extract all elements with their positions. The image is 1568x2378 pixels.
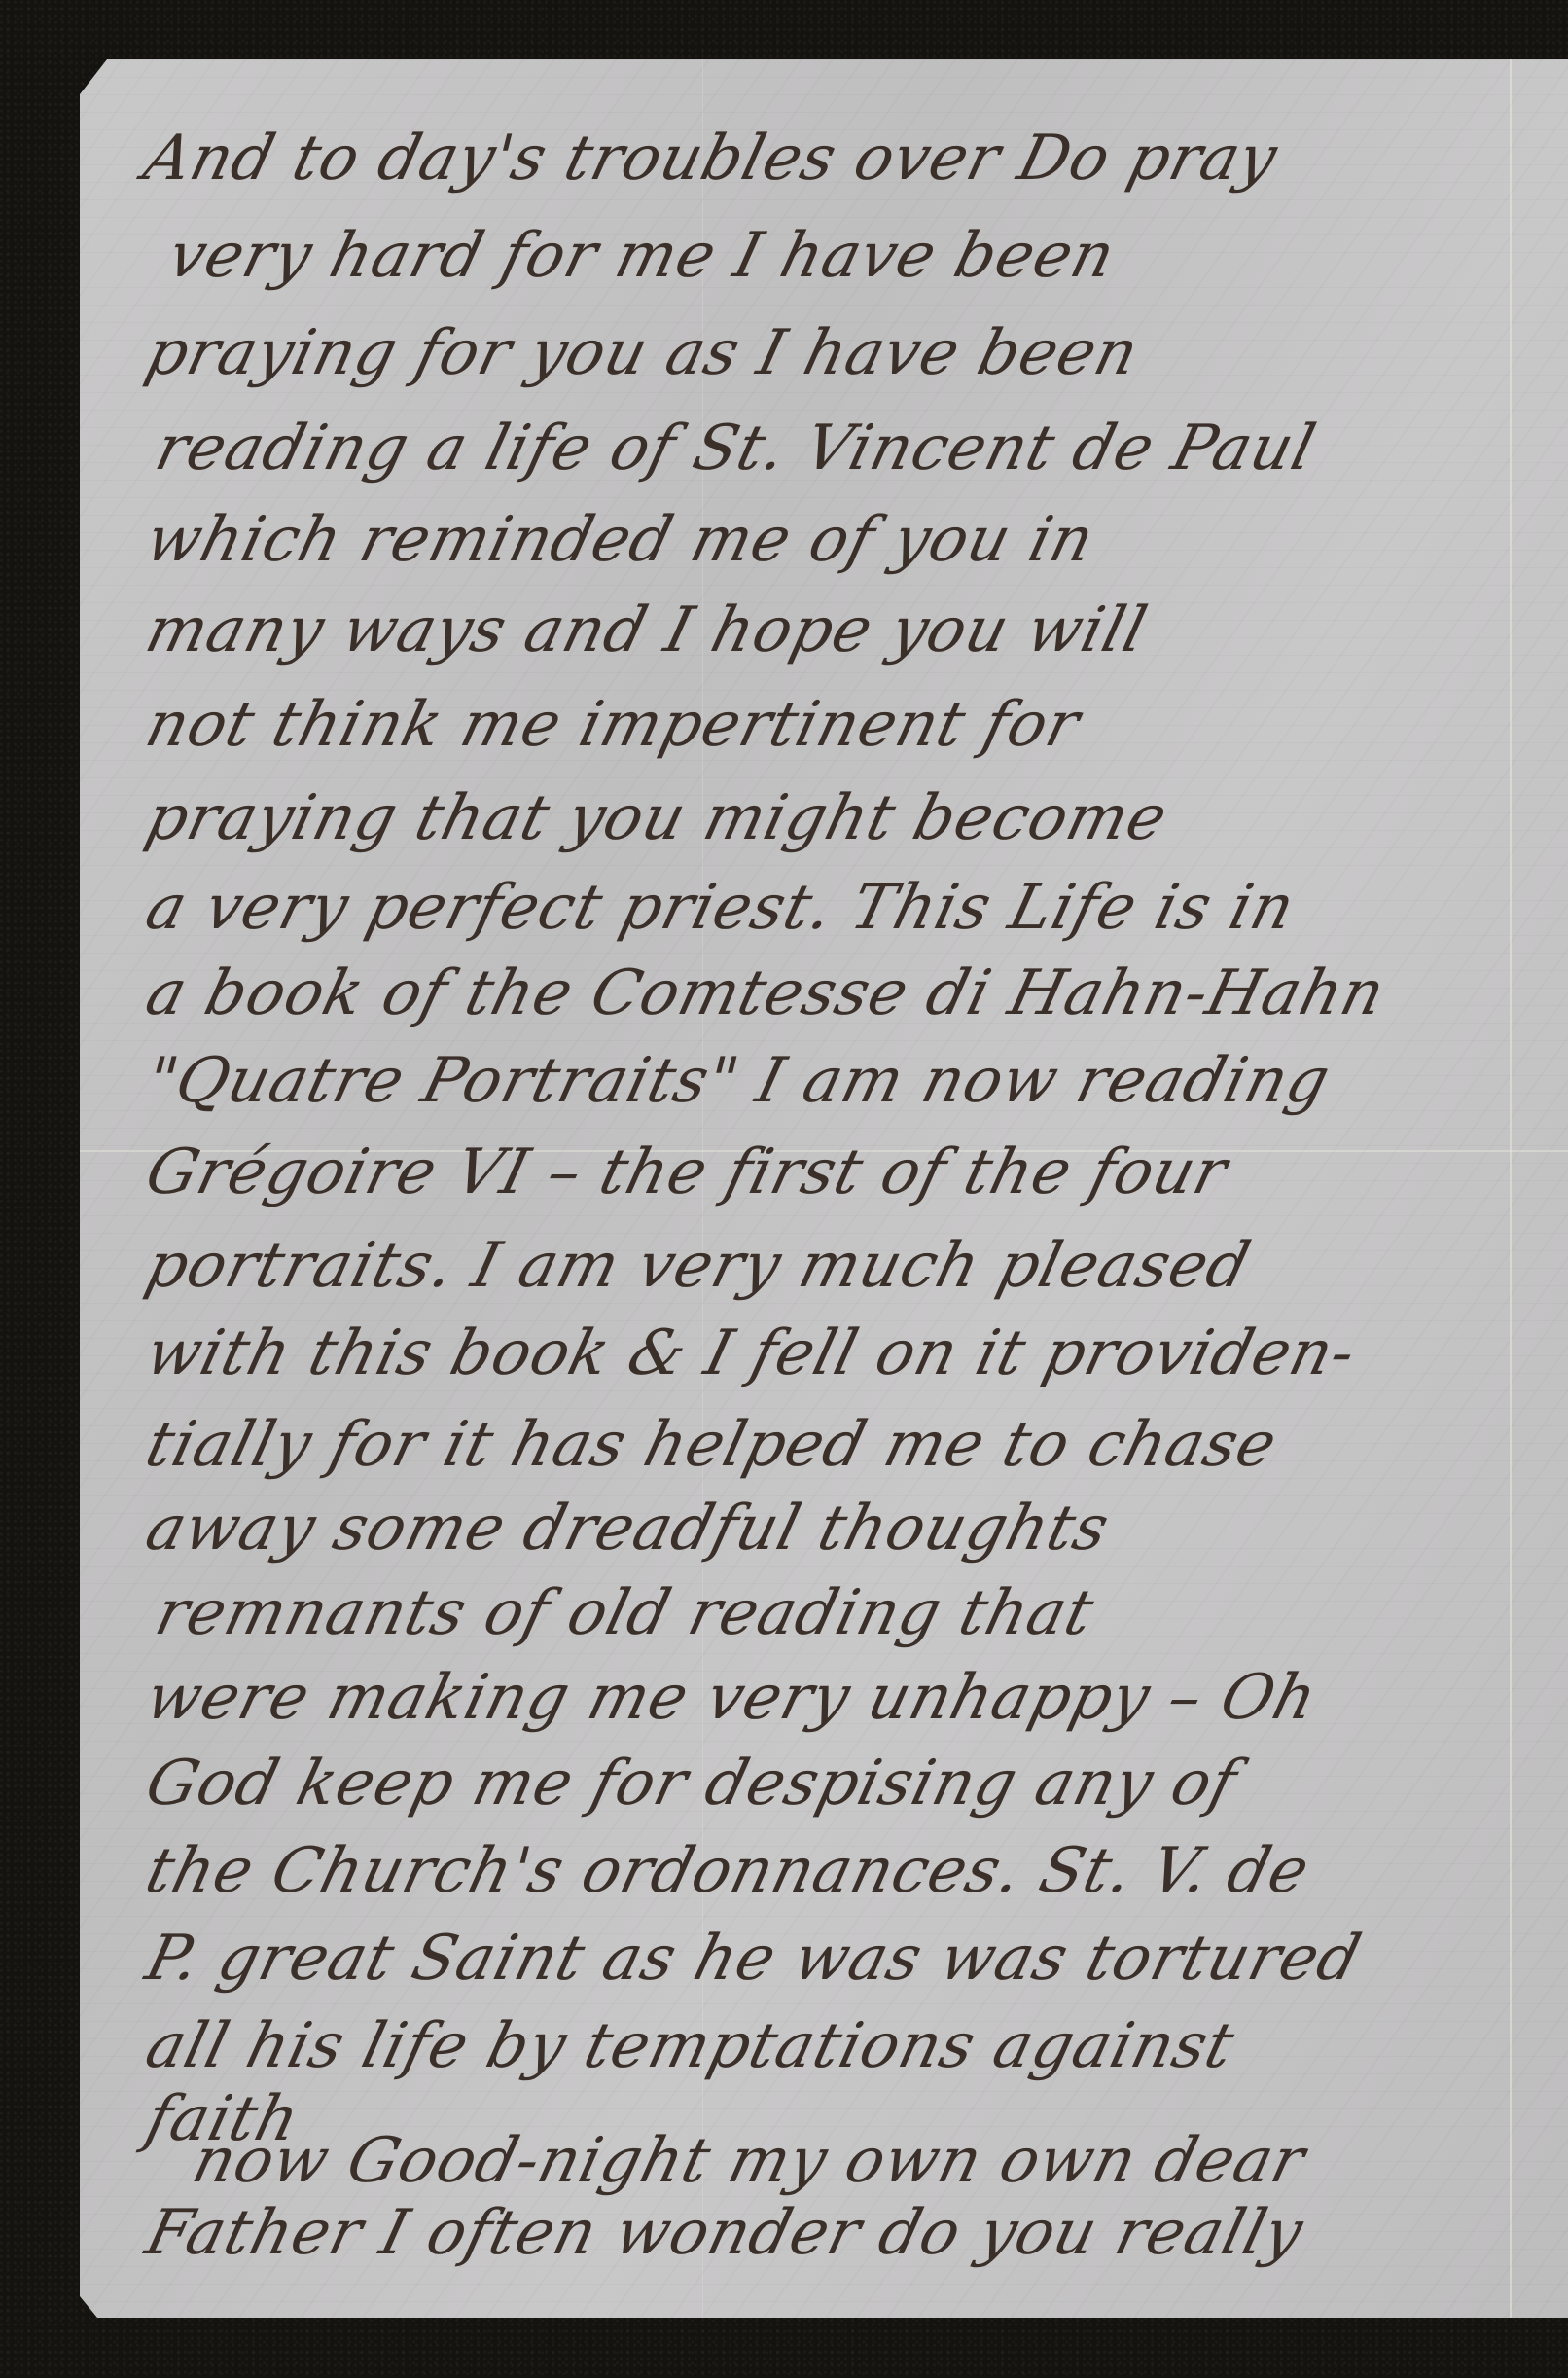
text-line: praying that you might become [140, 787, 1173, 849]
text-line: praying for you as I have been [140, 322, 1145, 384]
text-line: God keep me for despising any of [140, 1752, 1243, 1815]
text-line: a book of the Comtesse di Hahn-Hahn [140, 962, 1391, 1025]
text-line: remnants of old reading that [150, 1582, 1100, 1644]
text-line: "Quatre Portraits" I am now reading [140, 1050, 1336, 1112]
letter-page: And to day's troubles over Do pray very … [80, 59, 1568, 2318]
text-line: now Good-night my own own dear [187, 2130, 1311, 2192]
text-line: reading a life of St. Vincent de Paul [150, 417, 1322, 480]
text-line: away some dreadful thoughts [140, 1497, 1116, 1560]
text-line: with this book & I fell on it providen- [140, 1322, 1362, 1385]
text-line: very hard for me I have been [162, 225, 1122, 287]
text-line: which reminded me of you in [140, 509, 1100, 571]
text-line: Grégoire VI – the first of the four [140, 1141, 1233, 1204]
fold-crease-vertical [1510, 59, 1512, 2318]
text-line: were making me very unhappy – Oh [140, 1667, 1323, 1729]
text-line: a very perfect priest. This Life is in [140, 877, 1301, 939]
text-line: many ways and I hope you will [140, 599, 1153, 662]
text-line: And to day's troubles over Do pray [138, 127, 1283, 190]
text-line: portraits. I am very much pleased [140, 1235, 1257, 1297]
text-line: the Church's ordonnances. St. V. de [140, 1840, 1315, 1902]
text-line: P. great Saint as he was was tortured [140, 1928, 1367, 1990]
text-line: not think me impertinent for [140, 694, 1086, 756]
text-line: Father I often wonder do you really [140, 2202, 1309, 2264]
text-line: all his life by temptations against [140, 2015, 1240, 2077]
text-line: tially for it has helped me to chase [140, 1414, 1283, 1476]
